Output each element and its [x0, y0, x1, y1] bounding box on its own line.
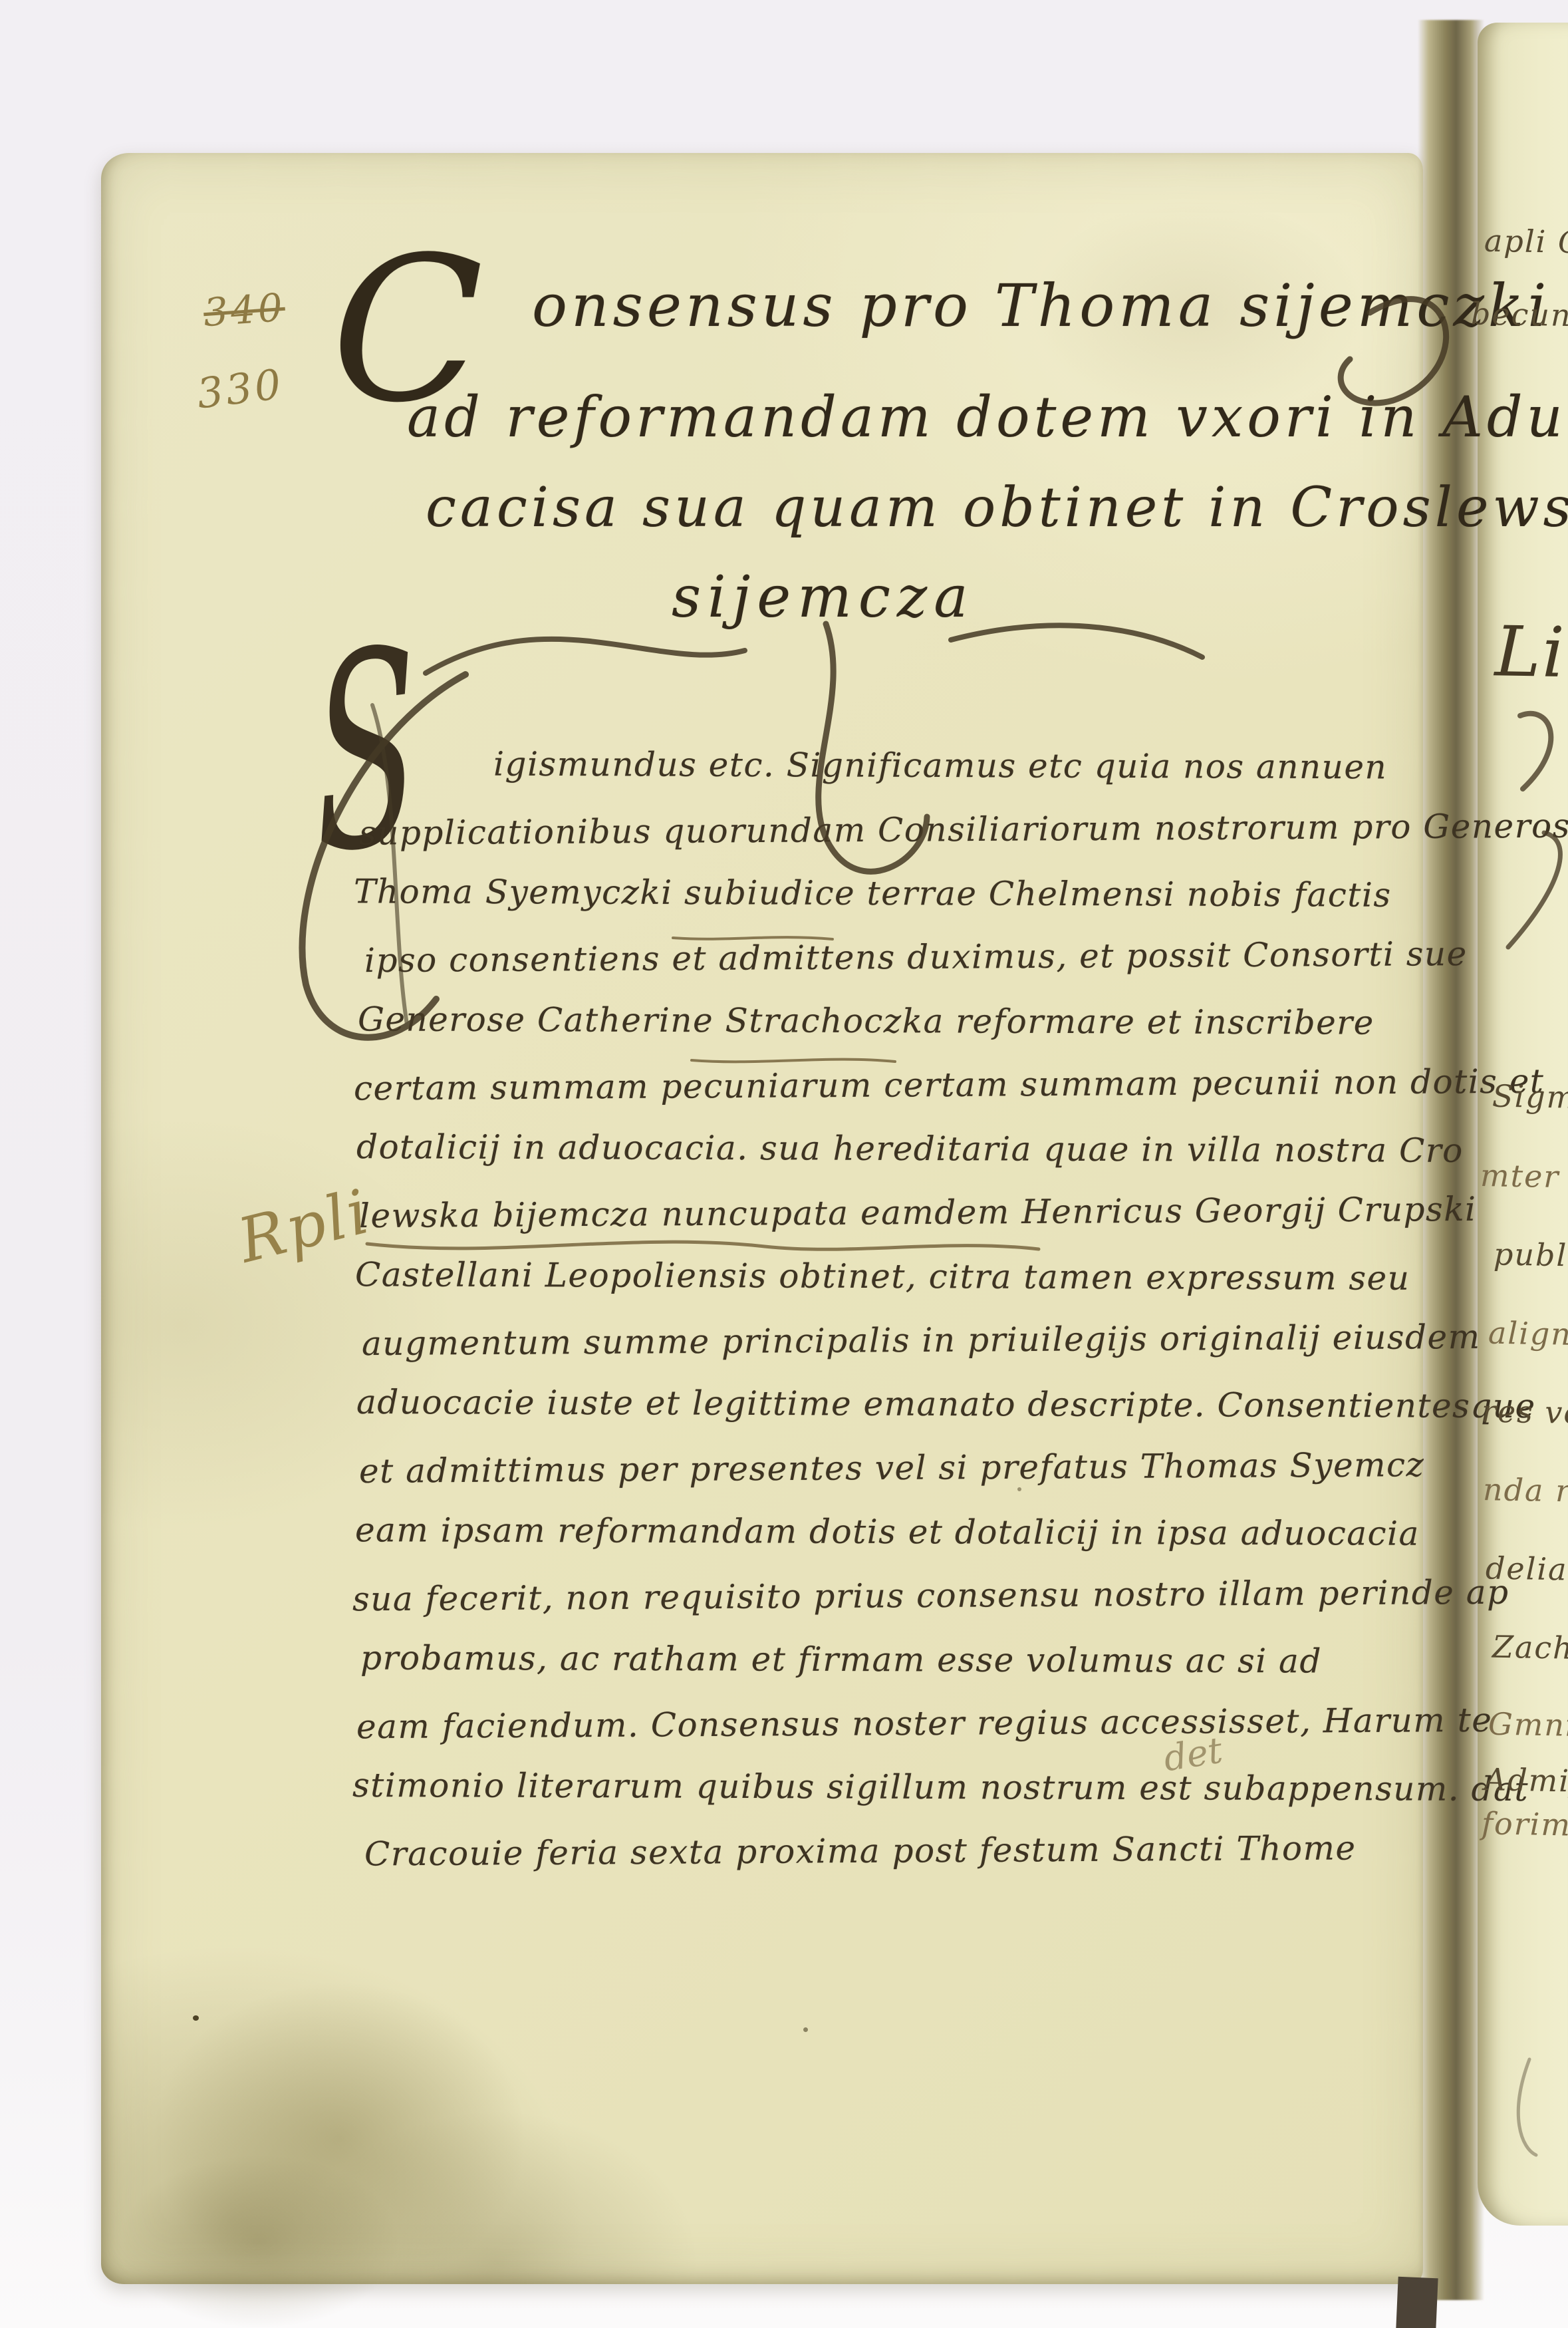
manuscript-photo: 340 330 C onsensus pro Thoma sijemczki a… [0, 0, 1568, 2328]
facing-page-fragment: mter nob [1480, 1157, 1568, 1196]
facing-page-fragment: aligna [1488, 1315, 1568, 1353]
facing-page-fragment: Zachu [1492, 1629, 1568, 1667]
facing-page-fragment: res vol [1482, 1393, 1568, 1431]
book-spine [1396, 2277, 1438, 2328]
body-line: augmentum summe principalis in priuilegi… [362, 1318, 1481, 1363]
facing-page-fragment: Admifun [1484, 1761, 1568, 1800]
heading-line-4: sijemcza [672, 564, 975, 631]
body-line: supplicationibus quorundam Consiliarioru… [359, 806, 1568, 852]
facing-page-fragment: becund [1471, 295, 1568, 333]
body-line: Castellani Leopoliensis obtinet, citra t… [355, 1255, 1410, 1298]
heading-line-3: cacisa sua quam obtinet in Croslewska [426, 476, 1568, 539]
heading-line-2: ad reformandam dotem vxori in Aduo: [407, 384, 1568, 450]
body-line: eam faciendum. Consensus noster regius a… [356, 1701, 1493, 1746]
body-line: Cracouie feria sexta proxima post festum… [364, 1828, 1357, 1873]
body-line: stimonio literarum quibus sigillum nostr… [352, 1766, 1529, 1809]
facing-page-fragment: Gmnik [1488, 1706, 1568, 1744]
heading-line-1: onsensus pro Thoma sijemczki [532, 271, 1550, 340]
body-line: et admittimus per presentes vel si prefa… [359, 1445, 1425, 1491]
facing-page-fragment: Litt [1494, 611, 1568, 694]
facing-page-fragment: nda refo [1483, 1471, 1568, 1510]
ink-spot [193, 2015, 199, 2021]
facing-page-fragment: Sigmfi [1492, 1078, 1568, 1116]
body-line: eam ipsam reformandam dotis et dotalicij… [355, 1511, 1420, 1553]
body-line: ipso consentiens et admittens duximus, e… [364, 935, 1468, 980]
body-line: Thoma Syemyczki subiudice terrae Chelmen… [354, 872, 1392, 914]
folio-number-old: 340 [202, 285, 287, 335]
body-line: igismundus etc. Significamus etc quia no… [493, 745, 1387, 787]
ink-spot [1017, 1487, 1021, 1491]
body-line: probamus, ac ratham et firmam esse volum… [360, 1638, 1322, 1680]
facing-page-fragment: forimmb [1482, 1805, 1568, 1844]
body-line: aduocacie iuste et legittime emanato des… [356, 1383, 1536, 1425]
body-line: dotalicij in aduocacia. sua hereditaria … [356, 1127, 1464, 1170]
facing-page-fragment: deliatio [1486, 1550, 1568, 1588]
body-line: Generose Catherine Strachoczka reformare… [358, 1000, 1374, 1042]
ink-spot [803, 2027, 808, 2032]
body-line: certam summam pecuniarum certam summam p… [354, 1062, 1545, 1108]
body-line: lewska bijemcza nuncupata eamdem Henricu… [359, 1190, 1477, 1235]
facing-page-fragment: apli O [1484, 223, 1568, 261]
facing-page-edge [1478, 23, 1568, 2226]
facing-page-fragment: publico [1494, 1236, 1568, 1274]
body-line: sua fecerit, non requisito prius consens… [352, 1573, 1509, 1619]
